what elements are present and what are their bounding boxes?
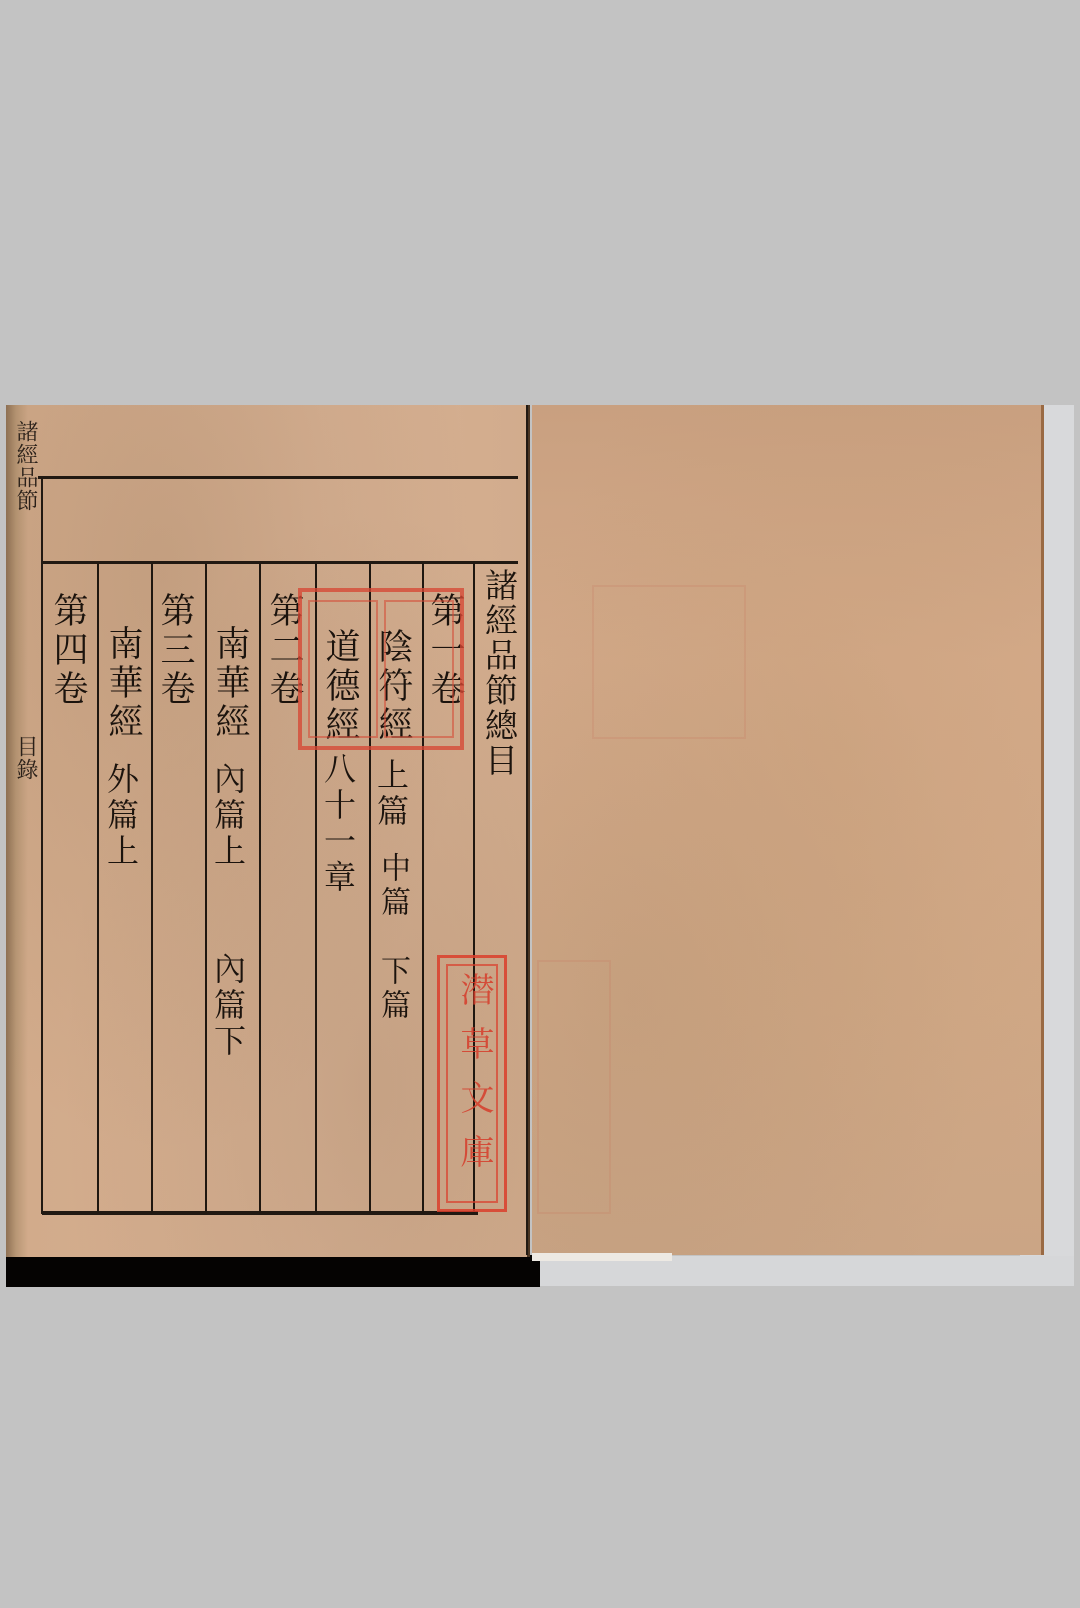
nanhuajing-inner-lower: 內篇下: [212, 952, 244, 1060]
yinfujing-note-middle: 中篇: [377, 852, 407, 920]
column-divider: [151, 563, 153, 1213]
volume-3-heading: 第三卷: [157, 592, 192, 709]
spine-section: 目錄: [10, 735, 41, 781]
nanhuajing-inner-title: 南華經: [212, 625, 247, 742]
book-shadow: [6, 1255, 540, 1287]
seal-panel: [308, 600, 378, 738]
volume-4-heading: 第四卷: [50, 592, 85, 709]
top-border-rule: [38, 476, 518, 479]
column-divider: [259, 563, 261, 1213]
faint-seal-offset: [592, 585, 746, 739]
header-band-rule: [42, 561, 518, 564]
right-border-rule: [526, 405, 528, 1255]
nanhuajing-outer-title: 南華經: [105, 625, 140, 742]
page-flap: [532, 1253, 672, 1261]
nanhuajing-outer-upper: 外篇上: [105, 762, 137, 870]
yinfujing-note-upper: 上篇: [375, 758, 407, 830]
faint-seal-offset: [537, 960, 611, 1214]
spine-title: 諸經品節: [10, 420, 41, 512]
yinfujing-note-lower: 下篇: [377, 955, 407, 1023]
collector-seal-square: [298, 588, 464, 750]
toc-title: 諸經品節總目: [483, 568, 516, 778]
volume-2-heading: 第二卷: [266, 592, 301, 709]
right-page-blank: [532, 405, 1044, 1255]
daodejing-note: 八十一章: [322, 752, 354, 896]
seal-panel: [384, 600, 454, 738]
nanhuajing-inner-upper: 內篇上: [212, 762, 244, 870]
column-divider: [97, 563, 99, 1213]
collector-seal-rectangular: 潜草文庫: [437, 955, 507, 1212]
seal-text: 潜草文庫: [450, 972, 499, 1188]
left-border-rule: [41, 478, 43, 1214]
column-divider: [205, 563, 207, 1213]
